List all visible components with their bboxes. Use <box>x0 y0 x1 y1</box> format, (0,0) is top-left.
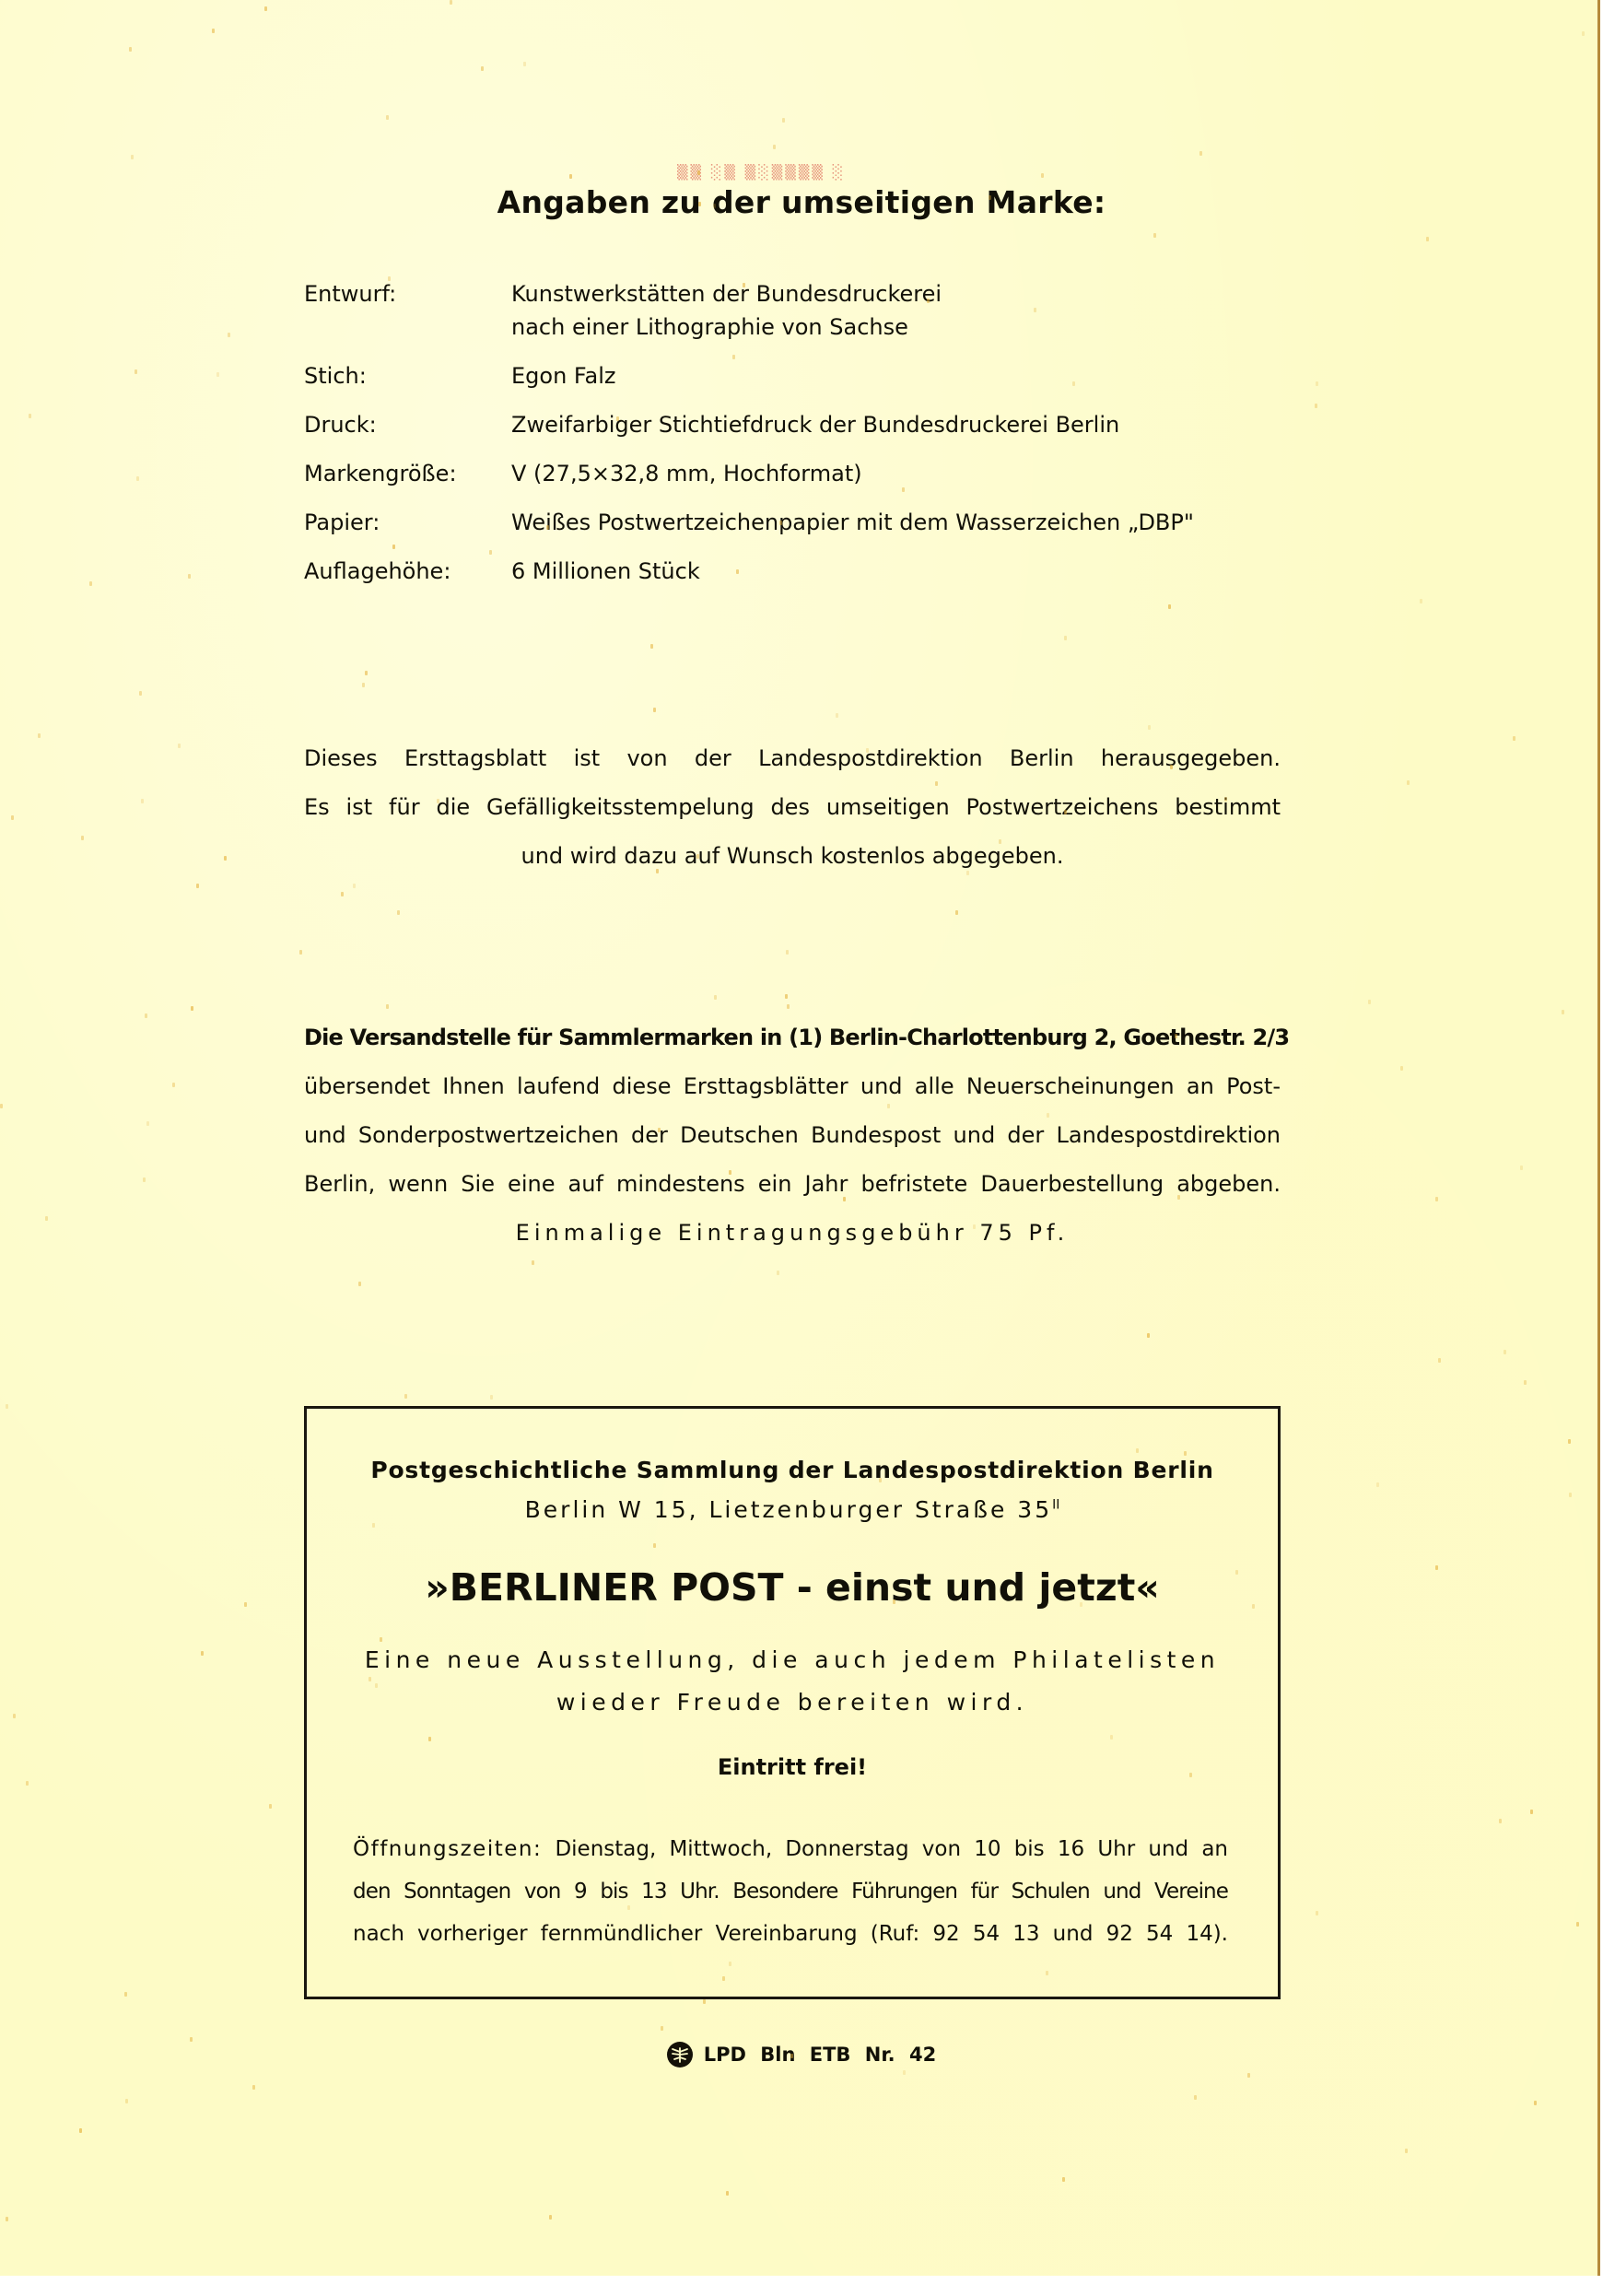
paper-speck <box>129 47 132 52</box>
paragraph-line: Dieses Ersttagsblatt ist von der Landesp… <box>304 734 1281 783</box>
paper-speck <box>1315 404 1317 408</box>
paper-speck <box>786 950 789 955</box>
paper-speck <box>136 476 139 481</box>
paper-speck <box>836 713 838 718</box>
paper-speck <box>697 170 700 175</box>
paper-speck <box>201 1651 204 1656</box>
paper-speck <box>1175 1034 1177 1038</box>
paper-speck <box>523 62 526 66</box>
spec-value-line: nach einer Lithographie von Sachse <box>511 310 942 345</box>
paper-speck <box>1235 1570 1238 1575</box>
spec-label: Druck: <box>304 407 511 442</box>
paper-speck <box>369 1677 371 1681</box>
paragraph-line: Es ist für die Gefälligkeitsstempelung d… <box>304 783 1281 832</box>
paper-speck <box>145 1013 147 1018</box>
paper-speck <box>955 910 958 915</box>
paper-speck <box>935 781 938 786</box>
paper-speck <box>1041 173 1044 178</box>
stamp-specs-table: Entwurf: Kunstwerkstätten der Bundesdruc… <box>304 276 1194 603</box>
paper-speck <box>13 1714 16 1718</box>
paper-speck <box>6 1404 8 1409</box>
paragraph-line: und wird dazu auf Wunsch kostenlos abgeg… <box>304 832 1281 881</box>
paper-speck <box>341 892 344 896</box>
paper-speck <box>1438 1358 1441 1363</box>
paper-speck <box>1562 1010 1564 1014</box>
spec-row-engraving: Stich: Egon Falz <box>304 358 1194 393</box>
paper-speck <box>714 995 717 1000</box>
paper-speck <box>1568 1439 1571 1444</box>
paper-speck <box>139 691 142 696</box>
museum-title: Postgeschichtliche Sammlung der Landespo… <box>307 1457 1278 1483</box>
paper-speck <box>143 1177 146 1182</box>
paper-speck <box>616 416 619 421</box>
paper-speck <box>264 6 267 11</box>
paper-speck <box>29 414 31 418</box>
spec-label: Auflagehöhe: <box>304 554 511 589</box>
paper-speck <box>172 1083 175 1087</box>
paper-speck <box>779 521 782 525</box>
paper-speck <box>1316 381 1318 386</box>
paper-speck <box>1569 1493 1572 1497</box>
spec-value-line: Kunstwerkstätten der Bundesdruckerei <box>511 276 942 311</box>
paper-speck <box>481 66 484 71</box>
paper-speck <box>879 1478 882 1482</box>
paper-speck <box>38 733 41 738</box>
museum-address-floor: II <box>1052 1498 1059 1513</box>
paper-speck <box>1520 1166 1523 1170</box>
paper-speck <box>1136 1448 1139 1453</box>
paper-speck <box>736 569 739 574</box>
paper-speck <box>653 1543 656 1548</box>
paper-speck <box>722 1976 725 1981</box>
paper-speck <box>1407 780 1410 785</box>
spec-value: Weißes Postwertzeichenpapier mit dem Was… <box>511 505 1194 540</box>
paper-speck <box>1405 2149 1408 2153</box>
spec-value: Zweifarbiger Stichtiefdruck der Bundesdr… <box>511 407 1119 442</box>
paper-speck <box>1316 1911 1318 1915</box>
spec-row-stamp-size: Markengröße: V (27,5×32,8 mm, Hochformat… <box>304 456 1194 491</box>
paper-speck <box>1062 2177 1065 2182</box>
paper-speck <box>966 871 969 875</box>
page-heading: Angaben zu der umseitigen Marke: <box>0 184 1603 220</box>
paper-speck <box>131 155 134 159</box>
registration-fee: Einmalige Eintragungsgebühr 75 Pf. <box>304 1209 1281 1258</box>
paper-speck <box>1420 599 1422 603</box>
paper-speck <box>178 744 181 748</box>
paper-speck <box>224 856 227 861</box>
paper-speck <box>1046 1971 1048 1975</box>
paragraph-line: übersendet Ihnen laufend diese Ersttagsb… <box>304 1062 1281 1111</box>
paper-speck <box>89 581 92 586</box>
paper-speck <box>244 1602 247 1607</box>
spec-value: 6 Millionen Stück <box>511 554 700 589</box>
paper-speck <box>532 1260 534 1265</box>
paper-speck <box>1224 797 1227 802</box>
paper-speck <box>489 550 492 555</box>
paper-speck <box>1504 1350 1506 1354</box>
paragraph-line: und Sonderpostwertzeichen der Deutschen … <box>304 1111 1281 1160</box>
paper-speck <box>386 115 389 120</box>
paper-speck <box>782 118 785 123</box>
paper-speck <box>252 2085 255 2090</box>
spec-row-design: Entwurf: Kunstwerkstätten der Bundesdruc… <box>304 276 1194 345</box>
exhibition-description-line: wieder Freude bereiten wird. <box>307 1689 1278 1716</box>
paper-speck <box>903 2070 906 2075</box>
paper-speck <box>887 1104 890 1108</box>
spec-row-printing: Druck: Zweifarbiger Stichtiefdruck der B… <box>304 407 1194 442</box>
opening-hours-line: Öffnungszeiten: Dienstag, Mittwoch, Donn… <box>353 1828 1228 1870</box>
sheet-number: LPD Bln ETB Nr. 42 <box>704 2044 936 2066</box>
paper-speck <box>388 276 391 281</box>
paper-speck <box>627 1905 630 1910</box>
paper-speck <box>1513 736 1515 741</box>
paper-speck <box>188 574 191 579</box>
paper-speck <box>0 1104 3 1108</box>
paper-speck <box>490 1395 493 1400</box>
paper-speck <box>1189 1773 1192 1777</box>
paper-speck <box>1435 1565 1438 1570</box>
opening-hours-line: den Sonntagen von 9 bis 13 Uhr. Besonder… <box>353 1870 1228 1913</box>
document-sheet: ▒▒ ░▒ ▒░▒▒▒▒ ░ Angaben zu der umseitigen… <box>0 0 1600 2276</box>
paper-speck <box>843 1197 846 1201</box>
paper-speck <box>299 950 302 955</box>
admission-note: Eintritt frei! <box>307 1754 1278 1780</box>
spec-value: Kunstwerkstätten der Bundesdruckerei nac… <box>511 276 942 345</box>
paper-speck <box>893 1599 895 1604</box>
paper-speck <box>726 2191 729 2196</box>
paper-speck <box>1426 237 1429 241</box>
paper-speck <box>1047 1113 1049 1118</box>
opening-hours-label: Öffnungszeiten: <box>353 1837 542 1861</box>
paper-speck <box>79 2128 82 2133</box>
paper-speck <box>1184 1451 1187 1456</box>
faint-red-stamp-mark: ▒▒ ░▒ ▒░▒▒▒▒ ░ <box>677 164 926 184</box>
paper-speck <box>386 1004 389 1009</box>
paper-speck <box>1368 1000 1371 1004</box>
paper-speck <box>1064 636 1067 640</box>
spec-label: Markengröße: <box>304 456 511 491</box>
paper-speck <box>546 525 549 530</box>
spec-label: Entwurf: <box>304 276 511 345</box>
paper-speck <box>1110 1735 1113 1740</box>
paper-speck <box>790 2054 793 2058</box>
paper-speck <box>269 1804 272 1809</box>
paper-speck <box>1064 810 1067 814</box>
issuer-paragraph: Dieses Ersttagsblatt ist von der Landesp… <box>304 734 1281 881</box>
paper-speck <box>392 545 395 549</box>
paper-speck <box>698 202 701 206</box>
paper-speck <box>1576 1922 1579 1927</box>
paper-speck <box>1147 1333 1150 1338</box>
paper-speck <box>661 2026 663 2031</box>
paper-speck <box>358 1282 361 1286</box>
paper-speck <box>743 283 745 287</box>
eagle-emblem-icon <box>667 2042 693 2068</box>
paper-speck <box>11 815 14 820</box>
paper-speck <box>1034 308 1036 312</box>
paper-speck <box>362 683 365 687</box>
paper-speck <box>1376 1482 1379 1487</box>
paper-speck <box>1153 233 1156 238</box>
paper-speck <box>228 333 230 337</box>
paper-speck <box>212 29 215 33</box>
opening-hours-text: Dienstag, Mittwoch, Donnerstag von 10 bi… <box>555 1837 1228 1861</box>
paper-speck <box>81 836 84 840</box>
subscription-paragraph: Die Versandstelle für Sammlermarken in (… <box>304 1013 1281 1258</box>
paper-speck <box>404 1394 407 1399</box>
spec-row-paper: Papier: Weißes Postwertzeichenpapier mit… <box>304 505 1194 540</box>
paper-speck <box>6 2217 8 2221</box>
paper-speck <box>729 1170 731 1175</box>
exhibition-description-line: Eine neue Ausstellung, die auch jedem Ph… <box>307 1646 1278 1673</box>
paper-speck <box>191 1006 193 1011</box>
spec-row-print-run: Auflagehöhe: 6 Millionen Stück <box>304 554 1194 589</box>
opening-hours: Öffnungszeiten: Dienstag, Mittwoch, Donn… <box>353 1828 1228 1955</box>
footer-imprint: LPD Bln ETB Nr. 42 <box>0 2042 1603 2068</box>
paper-speck <box>365 671 368 675</box>
spec-value: V (27,5×32,8 mm, Hochformat) <box>511 456 862 491</box>
paper-speck <box>1400 1066 1403 1071</box>
paper-speck <box>135 369 137 374</box>
opening-hours-line: nach vorheriger fernmündlicher Vereinbar… <box>353 1913 1228 1955</box>
paper-speck <box>549 2215 552 2220</box>
paper-speck <box>428 1737 431 1741</box>
paper-speck <box>999 839 1001 844</box>
paper-speck <box>658 1128 661 1132</box>
paper-speck <box>656 869 659 873</box>
paper-speck <box>1435 1197 1438 1201</box>
paper-speck <box>927 299 930 303</box>
paragraph-line-address: Die Versandstelle für Sammlermarken in (… <box>304 1013 1281 1062</box>
paper-speck <box>375 1683 378 1688</box>
paper-speck <box>787 1004 790 1009</box>
paper-speck <box>124 1992 127 1997</box>
paper-speck <box>125 2099 128 2103</box>
spec-label: Stich: <box>304 358 511 393</box>
paper-speck <box>1168 604 1171 609</box>
paper-speck <box>1080 1602 1082 1607</box>
exhibition-notice-box: Postgeschichtliche Sammlung der Landespo… <box>304 1406 1281 1999</box>
paper-speck <box>1524 1380 1527 1385</box>
paper-speck <box>1177 1195 1180 1200</box>
paper-speck <box>1072 381 1075 386</box>
paper-speck <box>1170 765 1173 769</box>
paper-speck <box>1582 31 1585 36</box>
paper-speck <box>372 1523 375 1528</box>
paper-speck <box>653 708 656 712</box>
paper-speck <box>1148 725 1151 730</box>
paper-speck <box>1499 1819 1502 1823</box>
paper-speck <box>1252 1604 1255 1609</box>
spec-label: Papier: <box>304 505 511 540</box>
paper-speck <box>866 748 869 753</box>
museum-address: Berlin W 15, Lietzenburger Straße 35II <box>307 1496 1278 1523</box>
paper-speck <box>1194 2095 1197 2100</box>
paper-speck <box>45 1216 48 1221</box>
paper-speck <box>696 854 699 859</box>
paper-speck <box>397 910 400 915</box>
paper-speck <box>1247 2073 1250 2078</box>
paper-speck <box>216 372 219 377</box>
paper-speck <box>1530 1810 1533 1814</box>
spec-value: Egon Falz <box>511 358 616 393</box>
paper-speck <box>650 644 653 649</box>
paper-speck <box>569 174 572 179</box>
paper-speck <box>989 195 991 200</box>
museum-address-text: Berlin W 15, Lietzenburger Straße 35 <box>525 1496 1052 1523</box>
paper-speck <box>973 1224 976 1229</box>
paper-speck <box>437 799 439 803</box>
paper-speck <box>785 994 788 999</box>
paper-speck <box>353 884 356 888</box>
paper-speck <box>703 1999 706 2004</box>
paper-speck <box>902 487 905 492</box>
exhibition-name: »BERLINER POST - einst und jetzt« <box>307 1565 1278 1610</box>
paper-speck <box>732 355 735 359</box>
paper-speck <box>146 1121 149 1126</box>
paragraph-line: Berlin, wenn Sie eine auf mindestens ein… <box>304 1160 1281 1209</box>
paper-speck <box>380 1637 382 1642</box>
paper-speck <box>26 1781 29 1786</box>
paper-speck <box>777 1271 779 1275</box>
paper-speck <box>1534 2101 1537 2105</box>
paper-speck <box>1199 151 1202 156</box>
paper-speck <box>196 884 199 888</box>
paper-speck <box>729 1962 731 1966</box>
paper-speck <box>141 799 144 803</box>
paper-speck <box>190 2037 193 2042</box>
paper-speck <box>450 0 452 5</box>
paper-speck <box>773 145 776 149</box>
paper-speck <box>713 204 716 208</box>
